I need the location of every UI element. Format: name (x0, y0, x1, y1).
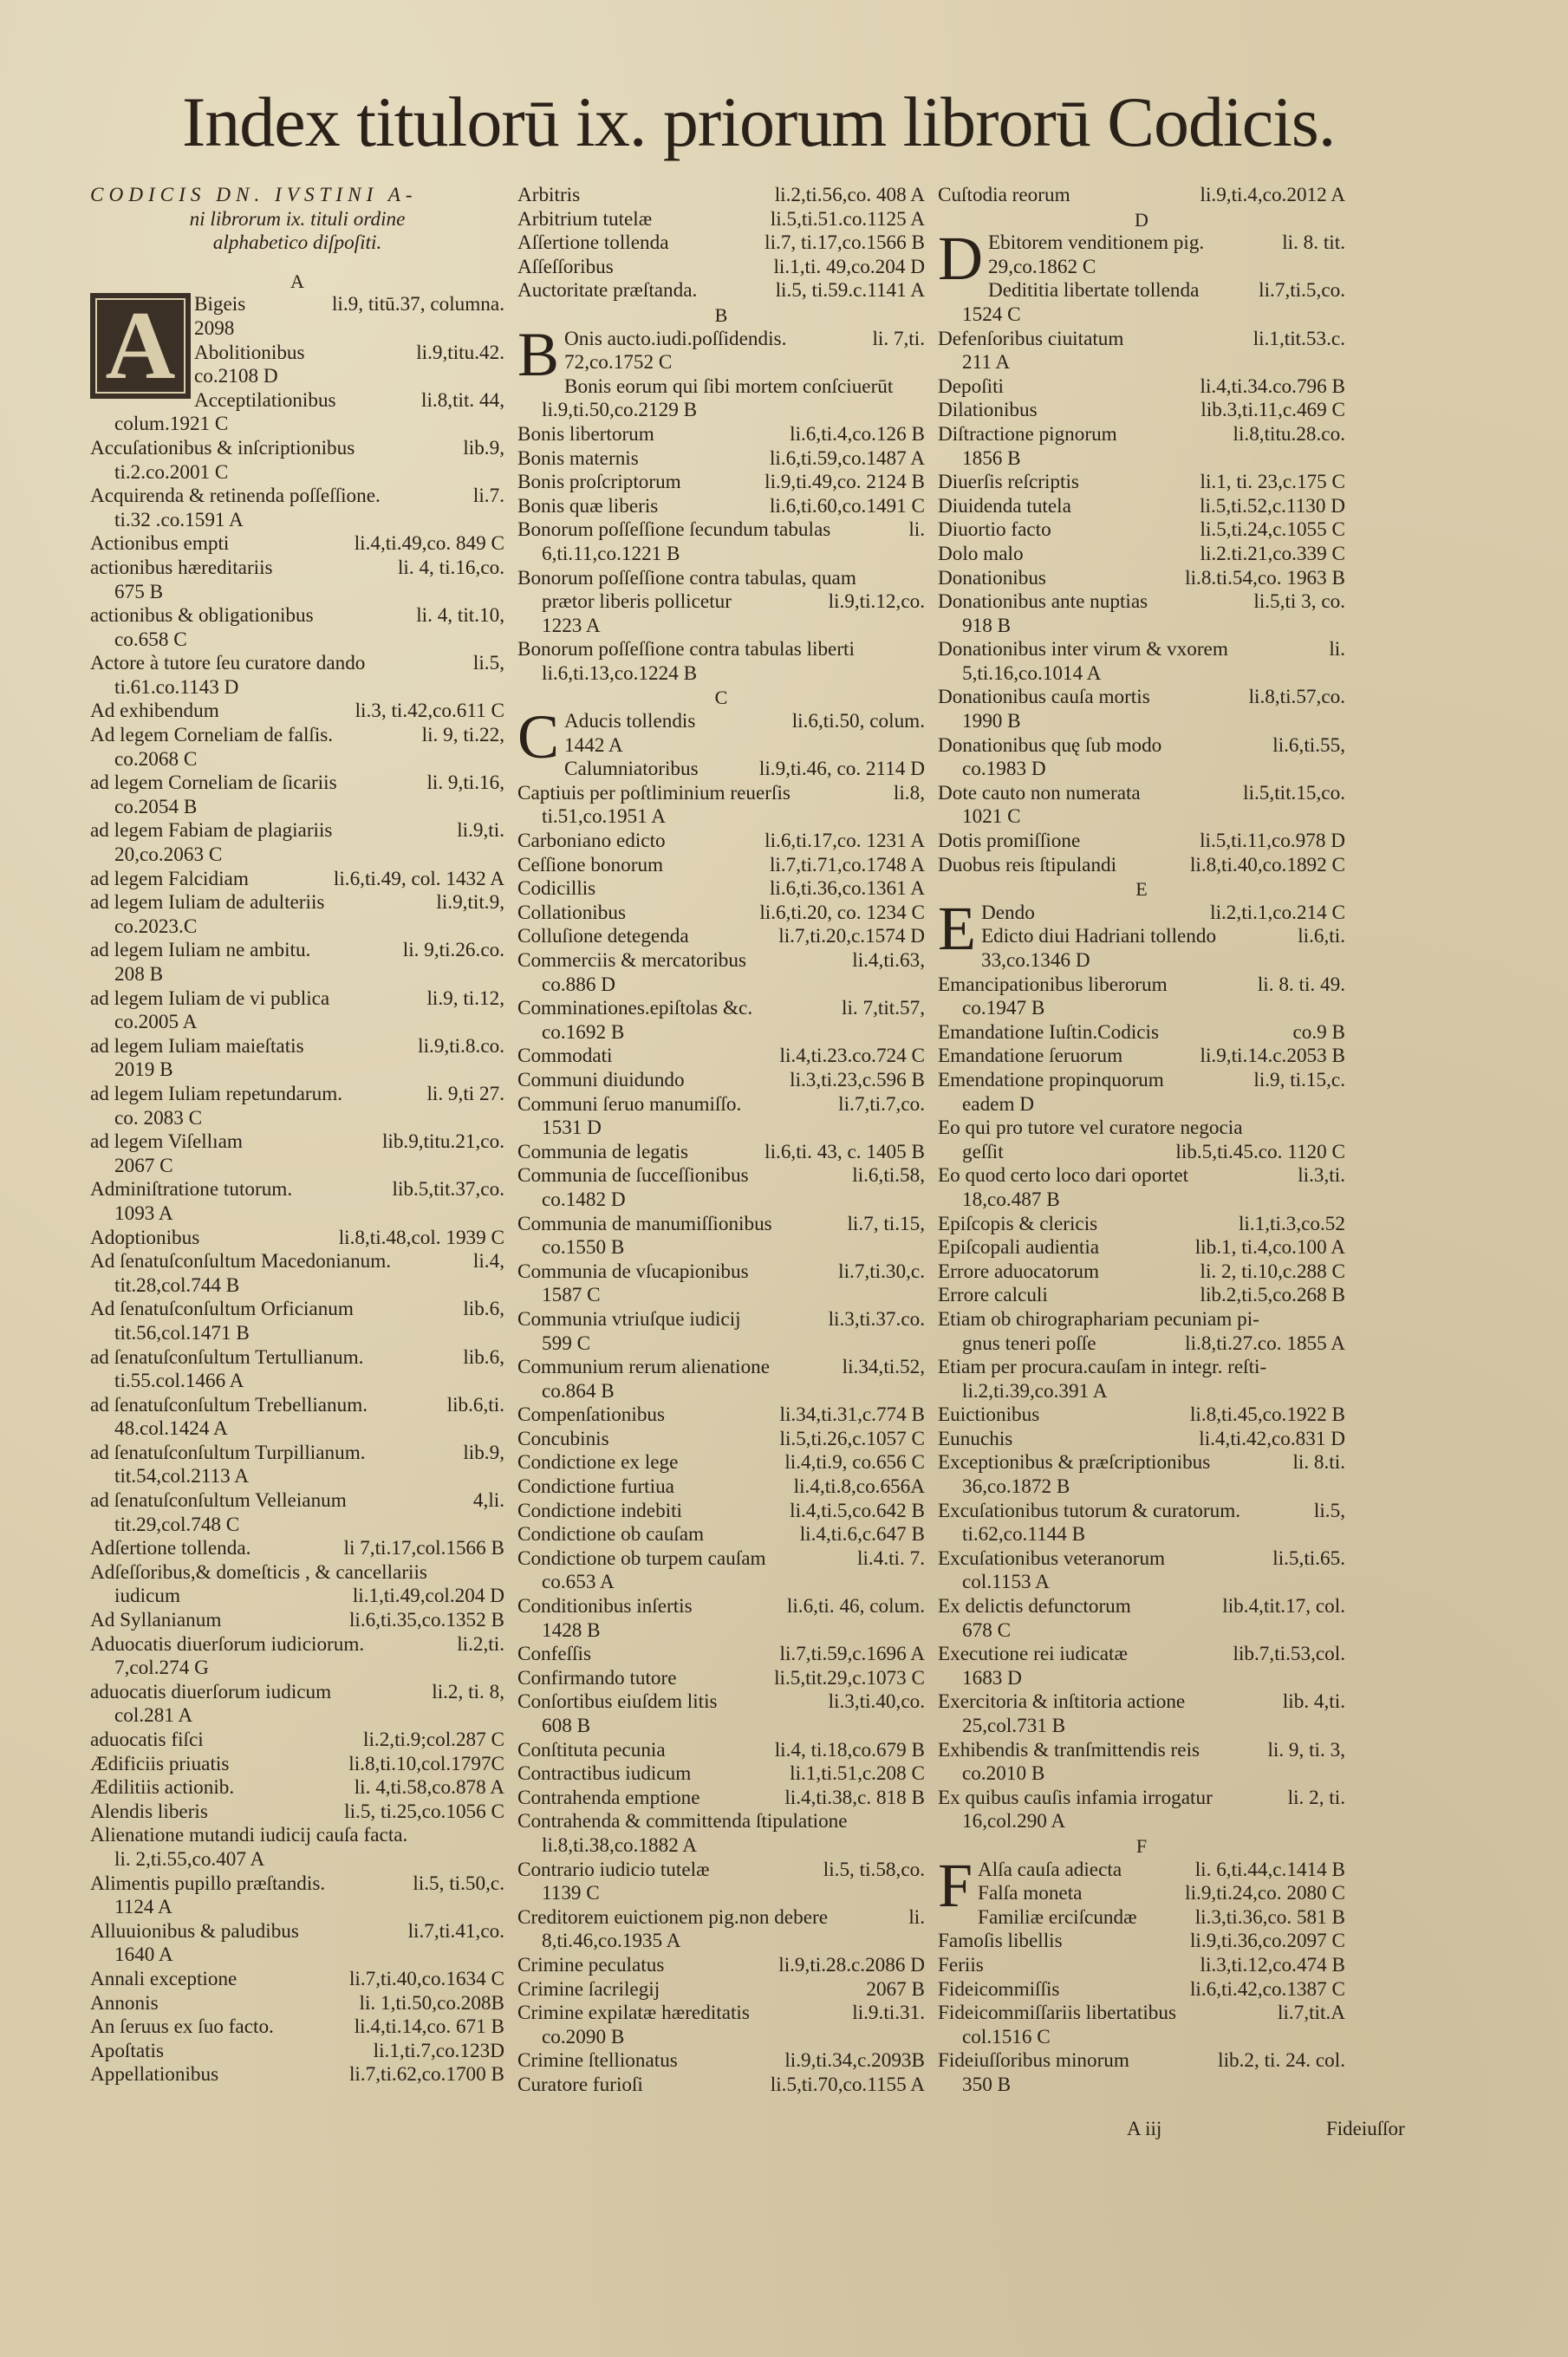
entry-title: Communium rerum alienatione (517, 1356, 770, 1380)
entry-title: ad ſenatuſconſultum Velleianum (90, 1489, 347, 1514)
entry-reference: li.8,ti.48,col. 1939 C (329, 1227, 504, 1251)
entry-title: Dendo (981, 902, 1035, 926)
entry-title: Ædilitiis actionib. (90, 1776, 234, 1800)
index-entry: Alendis liberisli.5, ti.25,co.1056 C (90, 1800, 504, 1825)
entry-reference: li. 9, ti.22, (412, 724, 504, 748)
entry-title: Bigeis (194, 293, 245, 317)
index-section: CCAducis tollendisli.6,ti.50, colum.1442… (517, 686, 925, 2097)
index-entry: Aſſertione tollendali.7, ti.17,co.1566 B (517, 231, 925, 256)
entry-reference: li.4,ti.14,co. 671 B (344, 2015, 504, 2040)
index-entry: Dote cauto non numeratali.5,tit.15,co.10… (938, 782, 1345, 830)
entry-reference: lib. 4,ti. (1272, 1690, 1345, 1715)
index-column-3: Cuſtodia reorumli.9,ti.4,co.2012 A DDEbi… (938, 184, 1345, 2098)
entry-reference (494, 1824, 504, 1848)
index-entry: Ædificiis priuatisli.8,ti.10,col.1797C (90, 1753, 504, 1777)
entry-title: Condictione indebiti (517, 1500, 682, 1524)
index-section: BBOnis aucto.iudi.poſſidendis.li. 7,ti.7… (517, 303, 925, 687)
entry-reference: li. 9,ti 27. (416, 1083, 504, 1107)
entry-continuation: 8,ti.46,co.1935 A (517, 1930, 925, 1954)
entry-title: Adoptionibus (90, 1227, 199, 1251)
entry-title: Captiuis per poſtliminium reuerſis (517, 782, 791, 806)
index-entry: Carboniano edictoli.6,ti.17,co. 1231 A (517, 830, 925, 854)
entry-title: Errore calculi (938, 1284, 1048, 1308)
index-entry: Donationibus ante nuptiasli.5,ti 3, co.9… (938, 590, 1345, 638)
entry-title: Emendatione propinquorum (938, 1069, 1164, 1093)
index-entry: Falſa monetali.9,ti.24,co. 2080 C (938, 1882, 1345, 1906)
index-entry: Annonisli. 1,ti.50,co.208B (90, 1992, 504, 2016)
entry-reference: li. 9,ti.16, (416, 772, 504, 796)
entry-continuation: ti.62,co.1144 B (938, 1523, 1345, 1547)
index-entry: Condictione ob turpem cauſamli.4.ti. 7.c… (517, 1547, 925, 1595)
index-entry: Donationibus quę ſub modoli.6,ti.55,co.1… (938, 734, 1345, 782)
entry-title: Ad Syllanianum (90, 1609, 221, 1633)
entry-title: Bonorum poſſeſſione contra tabulas liber… (517, 638, 855, 662)
entry-title: Communia de ſucceſſionibus (517, 1164, 749, 1188)
index-entry: Ceſſione bonorumli.7,ti.71,co.1748 A (517, 854, 925, 878)
entry-continuation: co.2023.C (90, 915, 504, 940)
entry-reference (1335, 1308, 1345, 1332)
entry-reference: li.9,ti.4,co.2012 A (1190, 184, 1345, 208)
entry-title: Creditorem euictionem pig.non debere (517, 1906, 828, 1931)
intro-heading: CODICIS DN. IVSTINI A- ni librorum ix. t… (90, 184, 504, 256)
entry-reference: li.1,ti.7,co.123D (363, 2040, 504, 2064)
index-entry: Executione rei iudicatælib.7,ti.53,col.1… (938, 1643, 1345, 1690)
index-entry: ABigeisli.9, titū.37, columna.2098 (90, 293, 504, 341)
entry-reference: li.9,ti.34,c.2093B (774, 2049, 925, 2074)
index-entry: Calumniatoribusli.9,ti.46, co. 2114 D (517, 758, 925, 782)
entry-continuation: 2019 B (90, 1058, 504, 1083)
entry-reference: li.7,ti.41,co. (398, 1920, 504, 1944)
entry-continuation: ti.55.col.1466 A (90, 1370, 504, 1394)
entry-reference: li.1,ti.49,col.204 D (353, 1585, 504, 1609)
index-entry: Etiam ob chirographariam pecuniam pi-gnu… (938, 1308, 1345, 1356)
index-entry: Depoſitili.4,ti.34.co.796 B (938, 375, 1345, 400)
entry-title: Eunuchis (938, 1428, 1012, 1452)
index-entry: Contrahenda & committenda ſtipulationeli… (517, 1810, 925, 1858)
entry-reference: li.3, ti.42,co.611 C (345, 700, 504, 724)
entry-continuation: ti.61.co.1143 D (90, 676, 504, 700)
index-entry: Appellationibusli.7,ti.62,co.1700 B (90, 2063, 504, 2087)
index-entry: Errore calculilib.2,ti.5,co.268 B (938, 1284, 1345, 1308)
entry-reference: li.6,ti.17,co. 1231 A (754, 830, 925, 854)
index-entry: Cuſtodia reorumli.9,ti.4,co.2012 A (938, 184, 1345, 208)
index-entry: Diuerſis reſcriptisli.1, ti. 23,c.175 C (938, 471, 1345, 495)
entry-title: Condictione ob cauſam (517, 1523, 704, 1547)
entry-reference: li.5,ti.26,c.1057 C (770, 1428, 925, 1452)
entry-continuation: 1124 A (90, 1896, 504, 1920)
index-entry: Emancipationibus liberorumli. 8. ti. 49.… (938, 973, 1345, 1021)
entry-reference: 4,li. (463, 1489, 504, 1514)
entry-reference: li.1, ti. 23,c.175 C (1190, 471, 1345, 495)
entry-title: ad legem Iuliam maieſtatis (90, 1035, 304, 1059)
index-entry: Annali exceptioneli.7,ti.40,co.1634 C (90, 1968, 504, 1992)
entry-title: Colluſione detegenda (517, 925, 689, 949)
index-entry: Emendatione propinquorumli.9, ti.15,c.ea… (938, 1069, 1345, 1117)
entry-title: Compenſationibus (517, 1403, 665, 1428)
entry-title: Dote cauto non numerata (938, 782, 1141, 806)
entry-continuation: 1683 D (938, 1667, 1345, 1691)
entry-reference: li 7,ti.17,col.1566 B (334, 1537, 505, 1561)
index-entry: Dedititia libertate tollendali.7,ti.5,co… (938, 279, 1345, 327)
entry-continuation: co.1947 B (938, 997, 1345, 1021)
entry-reference: li. 7,ti. (862, 328, 925, 352)
entry-title: Euictionibus (938, 1403, 1039, 1428)
entry-title: Exercitoria & inſtitoria actione (938, 1690, 1185, 1715)
entry-reference: li.6,ti. 46, colum. (777, 1595, 925, 1619)
index-entry: Condictione ex legeli.4,ti.9, co.656 C (517, 1451, 925, 1475)
entry-reference: li.9,ti.28.c.2086 D (768, 1954, 925, 1978)
entry-continuation: li.9,ti.50,co.2129 B (517, 399, 925, 423)
entry-title: Donationibus ante nuptias (938, 590, 1148, 615)
entry-reference: li. 8.ti. (1282, 1451, 1345, 1475)
entry-reference: li.5, ti.25,co.1056 C (334, 1800, 504, 1825)
entry-continuation: col.1153 A (938, 1571, 1345, 1595)
section-letter: E (938, 877, 1345, 902)
entry-reference: li.2,ti. (446, 1633, 504, 1657)
index-entry: Condictione furtiuali.4,ti.8,co.656A (517, 1475, 925, 1500)
index-section: DDEbitorem venditionem pig.li. 8. tit.29… (938, 208, 1345, 878)
entry-reference: li.4, ti.18,co.679 B (764, 1739, 925, 1763)
index-entry: An ſeruus ex ſuo facto.li.4,ti.14,co. 67… (90, 2015, 504, 2040)
index-entry: Bonis eorum qui ſibi mortem conſciuerūtl… (517, 375, 925, 423)
entry-title: Arbitrium tutelæ (517, 208, 652, 232)
entry-reference: li. 4,ti.58,co.878 A (344, 1776, 504, 1800)
entry-reference: li.6,ti.36,co.1361 A (759, 877, 925, 902)
index-entry: Bonis maternisli.6,ti.59,co.1487 A (517, 447, 925, 472)
index-entry: Adſeſſoribus,& domeſticis , & cancellari… (90, 1561, 504, 1609)
entry-reference: li. 4, ti.16,co. (387, 557, 504, 581)
entry-reference: li.9,ti.12,co. (829, 590, 925, 615)
index-entry: Communi ſeruo manumiſſo.li.7,ti.7,co.153… (517, 1093, 925, 1141)
entry-title: Condictione ex lege (517, 1451, 678, 1475)
entry-continuation: co.886 D (517, 973, 925, 998)
index-entry: Familiæ erciſcundæli.3,ti.36,co. 581 B (938, 1906, 1345, 1931)
section-letter: A (90, 270, 504, 294)
index-entry: Epiſcopali audientialib.1, ti.4,co.100 A (938, 1236, 1345, 1260)
entry-title: Acquirenda & retinenda poſſeſſione. (90, 485, 381, 509)
entry-reference (914, 375, 925, 400)
index-entry: aduocatis fiſcili.2,ti.9;col.287 C (90, 1729, 504, 1753)
index-entry: Captiuis per poſtliminium reuerſisli.8,t… (517, 782, 925, 830)
index-entry: Diuortio factoli.5,ti.24,c.1055 C (938, 518, 1345, 543)
signature-mark: A iij (1127, 2118, 1161, 2140)
entry-title: Exhibendis & tranſmittendis reis (938, 1739, 1200, 1763)
entry-title: Aducis tollendis (564, 710, 695, 734)
entry-title: Ebitorem venditionem pig. (988, 231, 1204, 256)
entry-title: Crimine ſtellionatus (517, 2049, 678, 2074)
entry-continuation: 1428 B (517, 1619, 925, 1644)
index-entry: Fideiuſſoribus minorumlib.2, ti. 24. col… (938, 2049, 1345, 2097)
index-entry: ad ſenatuſconſultum Turpillianum.lib.9,t… (90, 1442, 504, 1489)
entry-reference: li.6,ti.35,co.1352 B (339, 1609, 504, 1633)
entry-reference: lib.3,ti.11,c.469 C (1190, 399, 1345, 423)
drop-cap-initial: C (517, 712, 559, 760)
index-entry: Conditionibus inſertisli.6,ti. 46, colum… (517, 1595, 925, 1643)
entry-title: Diſtractione pignorum (938, 423, 1117, 447)
entry-reference: li. 9,ti.26.co. (393, 939, 504, 963)
entry-title: Actionibus empti (90, 532, 229, 557)
book-page: Index titulorū ix. priorum librorū Codic… (0, 0, 1568, 2357)
index-entry: Eunuchisli.4,ti.42,co.831 D (938, 1428, 1345, 1452)
index-entry: ad legem Iuliam ne ambitu.li. 9,ti.26.co… (90, 939, 504, 986)
entry-title: Alſa cauſa adiecta (978, 1859, 1122, 1883)
entry-title: Adminiſtratione tutorum. (90, 1178, 292, 1202)
entry-continuation: co.2005 A (90, 1011, 504, 1035)
entry-title: Accuſationibus & inſcriptionibus (90, 437, 355, 461)
entry-continuation: col.281 A (90, 1704, 504, 1729)
entry-reference (914, 1810, 925, 1834)
entry-title: Ad exhibendum (90, 700, 219, 724)
entry-title: Alienatione mutandi iudicij cauſa facta. (90, 1824, 407, 1848)
entry-reference (1335, 1356, 1345, 1380)
entry-reference: li.9, ti.15,c. (1243, 1069, 1345, 1093)
entry-continuation: 1524 C (938, 303, 1345, 328)
entry-title: Emancipationibus liberorum (938, 973, 1168, 998)
entry-reference: li. (898, 518, 925, 543)
entry-title: Condictione furtiua (517, 1475, 674, 1500)
entry-reference: li.6,ti. (1287, 925, 1345, 949)
index-entry: Ædilitiis actionib.li. 4,ti.58,co.878 A (90, 1776, 504, 1800)
index-entry: Excuſationibus tutorum & curatorum.li.5,… (938, 1500, 1345, 1547)
entry-title: Codicillis (517, 877, 595, 902)
entry-title: Diuortio facto (938, 518, 1051, 543)
index-entry: Communia de vſucapionibusli.7,ti.30,c.15… (517, 1260, 925, 1308)
entry-title: actionibus & obligationibus (90, 604, 314, 628)
entry-reference: li.9,ti.46, co. 2114 D (749, 758, 925, 782)
index-entry: Adoptionibusli.8,ti.48,col. 1939 C (90, 1227, 504, 1251)
entry-reference: li.5, ti.58,co. (813, 1859, 925, 1883)
entry-continuation: ti.2.co.2001 C (90, 461, 504, 485)
index-entry: Accuſationibus & inſcriptionibuslib.9,ti… (90, 437, 504, 485)
entry-continuation: 350 B (938, 2074, 1345, 2098)
entry-reference: lib.6,ti. (437, 1394, 504, 1418)
entry-reference: li.4,ti.23.co.724 C (770, 1045, 925, 1069)
entry-reference: li.9,tit.9, (426, 891, 504, 915)
index-entry: Exceptionibus & præſcriptionibusli. 8.ti… (938, 1451, 1345, 1499)
entry-title: Communi diuidundo (517, 1069, 685, 1093)
entry-continuation: 18,co.487 B (938, 1188, 1345, 1213)
entry-title: Adſeſſoribus,& domeſticis , & cancellari… (90, 1561, 427, 1585)
index-entry: Communi diuidundoli.3,ti.23,c.596 B (517, 1069, 925, 1093)
entry-title: Commodati (517, 1045, 613, 1069)
index-entry: Excuſationibus veteranorumli.5,ti.65.col… (938, 1547, 1345, 1595)
index-entry: Euictionibusli.8,ti.45,co.1922 B (938, 1403, 1345, 1428)
entry-title: Crimine peculatus (517, 1954, 664, 1978)
entry-title: Auctoritate præſtanda. (517, 279, 697, 303)
index-entry: Ex quibus cauſis infamia irrogaturli. 2,… (938, 1787, 1345, 1834)
entry-continuation: prætor liberis pollicetur (542, 590, 732, 615)
entry-reference (1335, 1117, 1345, 1141)
entry-continuation: li.8,ti.38,co.1882 A (517, 1834, 925, 1859)
entry-reference: li.8,ti.45,co.1922 B (1180, 1403, 1345, 1428)
entry-reference: li.7, ti.15, (836, 1213, 925, 1237)
entry-title: ad ſenatuſconſultum Turpillianum. (90, 1442, 366, 1466)
index-entry: Crimine expilatæ hæreditatisli.9.ti.31.c… (517, 2002, 925, 2049)
index-entry: Aduocatis diuerſorum iudiciorum.li.2,ti.… (90, 1633, 504, 1681)
entry-continuation: gnus teneri poſſe (962, 1332, 1096, 1357)
index-entry: Duobus reis ſtipulandili.8,ti.40,co.1892… (938, 854, 1345, 878)
entry-continuation: 1139 C (517, 1882, 925, 1906)
entry-continuation: ti.32 .co.1591 A (90, 509, 504, 533)
entry-reference: li.2,ti.1,co.214 C (1200, 902, 1345, 926)
entry-reference: li.4,ti.9, co.656 C (774, 1451, 925, 1475)
entry-continuation: colum.1921 C (90, 413, 504, 437)
entry-continuation: co.658 C (90, 628, 504, 653)
index-entry: Ad Syllanianumli.6,ti.35,co.1352 B (90, 1609, 504, 1633)
entry-title: Dilationibus (938, 399, 1038, 423)
index-entry: ad legem Fabiam de plagiariisli.9,ti.20,… (90, 819, 504, 867)
entry-continuation: 208 B (90, 963, 504, 987)
entry-reference: lib.9, (452, 1442, 504, 1466)
entry-title: Confeſſis (517, 1643, 591, 1667)
entry-continuation: li.2,ti.39,co.391 A (938, 1380, 1345, 1404)
entry-continuation: 1640 A (90, 1944, 504, 1968)
index-entry: Concubinisli.5,ti.26,c.1057 C (517, 1428, 925, 1452)
entry-reference: li.6,ti.50, colum. (782, 710, 925, 734)
entry-title: Excuſationibus veteranorum (938, 1547, 1165, 1572)
index-section: AABigeisli.9, titū.37, columna.2098Aboli… (90, 270, 504, 2087)
entry-continuation: geſſit (962, 1141, 1004, 1165)
entry-title: Diuerſis reſcriptis (938, 471, 1079, 495)
entry-reference: lib.9,titu.21,co. (372, 1130, 504, 1155)
entry-title: Aſſertione tollenda (517, 231, 669, 256)
index-entry: Ad legem Corneliam de falſis.li. 9, ti.2… (90, 724, 504, 772)
entry-title: Onis aucto.iudi.poſſidendis. (564, 328, 786, 352)
entry-reference: li.9,ti.49,co. 2124 B (754, 471, 925, 495)
entry-title: Appellationibus (90, 2063, 218, 2087)
entry-title: Communia de vſucapionibus (517, 1260, 749, 1285)
section-letter: D (938, 208, 1345, 232)
entry-continuation: co.864 B (517, 1380, 925, 1404)
entry-title: Epiſcopis & clericis (938, 1213, 1097, 1237)
entry-continuation: 1990 B (938, 710, 1345, 734)
entry-reference: li.6,ti.59,co.1487 A (759, 447, 925, 472)
entry-title: Calumniatoribus (564, 758, 699, 782)
entry-reference: li.3,ti.23,c.596 B (779, 1069, 925, 1093)
entry-reference (494, 1561, 504, 1585)
index-entry: Acquirenda & retinenda poſſeſſione.li.7.… (90, 485, 504, 532)
index-entry: Communia vtriuſque iudicijli.3,ti.37.co.… (517, 1308, 925, 1356)
entry-reference: li.9,ti.14.c.2053 B (1190, 1045, 1345, 1069)
index-entry: ad ſenatuſconſultum Velleianum4,li.tit.2… (90, 1489, 504, 1537)
entry-continuation: 25,col.731 B (938, 1715, 1345, 1739)
entry-continuation: co.1692 B (517, 1021, 925, 1045)
entry-reference: li.5,tit.15,co. (1233, 782, 1345, 806)
entry-title: Arbitris (517, 184, 580, 208)
index-entry: Crimine ſtellionatusli.9,ti.34,c.2093B (517, 2049, 925, 2074)
index-entry: Confeſſisli.7,ti.59,c.1696 A (517, 1643, 925, 1667)
entry-reference: li.7,ti.30,c. (828, 1260, 925, 1285)
entry-continuation: ti.51,co.1951 A (517, 805, 925, 830)
entry-title: Apoſtatis (90, 2040, 164, 2064)
entry-reference: lib.5,ti.45.co. 1120 C (1175, 1141, 1345, 1165)
entry-reference: li.5,ti.51.co.1125 A (760, 208, 925, 232)
entry-reference: li.9,ti.24,co. 2080 C (1174, 1882, 1345, 1906)
index-entry: ad ſenatuſconſultum Tertullianum.lib.6,t… (90, 1346, 504, 1394)
index-entry: BOnis aucto.iudi.poſſidendis.li. 7,ti.72… (517, 328, 925, 375)
index-entry: Contrahenda emptioneli.4,ti.38,c. 818 B (517, 1787, 925, 1811)
entry-title: Alendis liberis (90, 1800, 208, 1825)
index-entry: ad legem Iuliam maieſtatisli.9,ti.8.co.2… (90, 1035, 504, 1083)
index-entry: Dilationibuslib.3,ti.11,c.469 C (938, 399, 1345, 423)
entry-title: ad legem Iuliam ne ambitu. (90, 939, 310, 963)
entry-title: Communia vtriuſque iudicij (517, 1308, 741, 1332)
index-entry: Commerciis & mercatoribusli.4,ti.63,co.8… (517, 949, 925, 997)
entry-reference: li. 9, ti. 3, (1257, 1739, 1345, 1763)
entry-title: Etiam ob chirographariam pecuniam pi- (938, 1308, 1259, 1332)
entry-title: Familiæ erciſcundæ (978, 1906, 1137, 1931)
index-entry: FAlſa cauſa adiectali. 6,ti.44,c.1414 B (938, 1859, 1345, 1883)
entry-reference: lib.7,ti.53,col. (1223, 1643, 1345, 1667)
entry-reference: li.2,ti.56,co. 408 A (764, 184, 925, 208)
entry-reference: li.1,ti. 49,co.204 D (763, 256, 925, 280)
entry-reference: li.3,ti.37.co. (818, 1308, 925, 1332)
entry-title: ad legem Fabiam de plagiariis (90, 819, 332, 843)
entry-reference: li.34,ti.52, (832, 1356, 925, 1380)
entry-title: Famoſis libellis (938, 1930, 1063, 1954)
entry-title: An ſeruus ex ſuo facto. (90, 2015, 274, 2040)
entry-reference: lib.5,tit.37,co. (382, 1178, 504, 1202)
entry-reference: li.5, ti.59.c.1141 A (765, 279, 925, 303)
entry-reference: li.7,tit.A (1267, 2002, 1345, 2026)
entry-continuation: 7,col.274 G (90, 1657, 504, 1681)
entry-continuation: co.1482 D (517, 1188, 925, 1213)
entry-reference: li. 1,ti.50,co.208B (349, 1992, 504, 2016)
index-entry: Feriisli.3,ti.12,co.474 B (938, 1954, 1345, 1978)
entry-title: Commerciis & mercatoribus (517, 949, 746, 973)
entry-reference: li.7. (463, 485, 504, 509)
entry-reference: li.4,ti.42,co.831 D (1188, 1428, 1345, 1452)
entry-reference: lib.2, ti. 24. col. (1207, 2049, 1345, 2074)
index-entry: Compenſationibusli.34,ti.31,c.774 B (517, 1403, 925, 1428)
entry-reference: li. 2, ti. (1278, 1787, 1345, 1811)
entry-title: Eo quod certo loco dari oportet (938, 1164, 1188, 1188)
entry-title: Edicto diui Hadriani tollendo (981, 925, 1216, 949)
entry-reference: li.7,ti.20,c.1574 D (768, 925, 925, 949)
entry-title: Ex delictis defunctorum (938, 1595, 1131, 1619)
entry-continuation: co.1983 D (938, 758, 1345, 782)
entry-reference: li.7,ti.62,co.1700 B (339, 2063, 504, 2087)
entry-continuation: 678 C (938, 1619, 1345, 1644)
entry-reference: li.6,ti.49, col. 1432 A (323, 868, 504, 892)
entry-title: Contractibus iudicum (517, 1762, 691, 1787)
index-section: Cuſtodia reorumli.9,ti.4,co.2012 A (938, 184, 1345, 208)
entry-title: Acceptilationibus (194, 389, 336, 413)
entry-title: Ceſſione bonorum (517, 854, 663, 878)
index-entry: Colluſione detegendali.7,ti.20,c.1574 D (517, 925, 925, 949)
entry-title: Annonis (90, 1992, 159, 2016)
entry-reference: li.5,ti.65. (1262, 1547, 1345, 1572)
entry-reference: li.8,ti.27.co. 1855 A (1185, 1332, 1345, 1357)
index-entry: Contractibus iudicumli.1,ti.51,c.208 C (517, 1762, 925, 1787)
entry-title: Errore aduocatorum (938, 1260, 1099, 1285)
entry-title: Collationibus (517, 902, 626, 926)
entry-title: ad legem Falcidiam (90, 868, 249, 892)
entry-reference: li. (1318, 638, 1345, 662)
index-entry: Bonorum poſſeſſione ſecundum tabulasli.6… (517, 518, 925, 566)
index-entry: ad legem Viſellıamlib.9,titu.21,co.2067 … (90, 1130, 504, 1178)
entry-title: Comminationes.epiſtolas &c. (517, 997, 752, 1021)
entry-reference: li.6,ti.58, (842, 1164, 925, 1188)
index-entry: Dolo maloli.2.ti.21,co.339 C (938, 543, 1345, 567)
index-entry: Codicillisli.6,ti.36,co.1361 A (517, 877, 925, 902)
entry-title: Falſa moneta (978, 1882, 1082, 1906)
entry-title: Fideicommiſſis (938, 1978, 1059, 2002)
entry-reference: lib.1, ti.4,co.100 A (1185, 1236, 1345, 1260)
entry-title: Curatore furioſi (517, 2074, 643, 2098)
index-section: FFAlſa cauſa adiectali. 6,ti.44,c.1414 B… (938, 1834, 1345, 2098)
index-entry: aduocatis diuerſorum iudicumli.2, ti. 8,… (90, 1681, 504, 1729)
